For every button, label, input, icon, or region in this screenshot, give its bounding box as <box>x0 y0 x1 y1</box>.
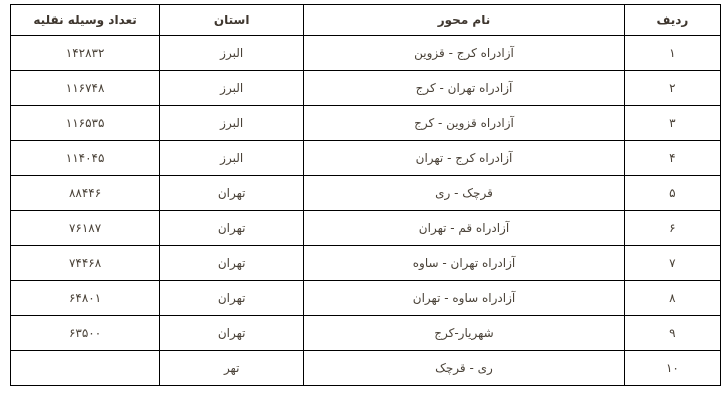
column-header-route: نام محور <box>304 5 625 36</box>
cell-radif: ۲ <box>624 71 720 106</box>
cell-count: ۱۱۶۵۳۵ <box>11 106 160 141</box>
page: ردیف نام محور استان تعداد وسیله نقلیه ۱ … <box>0 0 721 394</box>
cell-route: آزادراه کرج - تهران <box>304 141 625 176</box>
table-row: ۸ آزادراه ساوه - تهران تهران ۶۴۸۰۱ <box>11 281 721 316</box>
cell-count: ۸۸۴۴۶ <box>11 176 160 211</box>
cell-route: شهریار-کرج <box>304 316 625 351</box>
cell-count <box>11 351 160 386</box>
cell-route: ری - قرچک <box>304 351 625 386</box>
cell-province: البرز <box>160 106 304 141</box>
cell-radif: ۷ <box>624 246 720 281</box>
table-row: ۳ آزادراه قزوین - کرج البرز ۱۱۶۵۳۵ <box>11 106 721 141</box>
cell-count: ۶۴۸۰۱ <box>11 281 160 316</box>
cell-count: ۱۴۲۸۳۲ <box>11 36 160 71</box>
column-header-radif: ردیف <box>624 5 720 36</box>
cell-province: تهران <box>160 176 304 211</box>
cell-route: آزادراه قزوین - کرج <box>304 106 625 141</box>
cell-radif: ۵ <box>624 176 720 211</box>
table-row: ۷ آزادراه تهران - ساوه تهران ۷۴۴۶۸ <box>11 246 721 281</box>
cell-radif: ۸ <box>624 281 720 316</box>
cell-count: ۱۱۴۰۴۵ <box>11 141 160 176</box>
cell-province: البرز <box>160 36 304 71</box>
table-row: ۱ آزادراه کرج - قزوین البرز ۱۴۲۸۳۲ <box>11 36 721 71</box>
cell-radif: ۱۰ <box>624 351 720 386</box>
table-row: ۴ آزادراه کرج - تهران البرز ۱۱۴۰۴۵ <box>11 141 721 176</box>
cell-count: ۷۴۴۶۸ <box>11 246 160 281</box>
cell-route: آزادراه تهران - ساوه <box>304 246 625 281</box>
cell-province: تهران <box>160 316 304 351</box>
cell-route: قرچک - ری <box>304 176 625 211</box>
cell-route: آزادراه کرج - قزوین <box>304 36 625 71</box>
cell-radif: ۱ <box>624 36 720 71</box>
cell-radif: ۹ <box>624 316 720 351</box>
cell-province: البرز <box>160 71 304 106</box>
table-row: ۲ آزادراه تهران - کرج البرز ۱۱۶۷۴۸ <box>11 71 721 106</box>
cell-route: آزادراه ساوه - تهران <box>304 281 625 316</box>
cell-route: آزادراه تهران - کرج <box>304 71 625 106</box>
column-header-province: استان <box>160 5 304 36</box>
cell-province: البرز <box>160 141 304 176</box>
column-header-count: تعداد وسیله نقلیه <box>11 5 160 36</box>
table-row: ۱۰ ری - قرچک تهر <box>11 351 721 386</box>
cell-province: تهران <box>160 211 304 246</box>
table-row: ۹ شهریار-کرج تهران ۶۳۵۰۰ <box>11 316 721 351</box>
cell-province: تهران <box>160 246 304 281</box>
cell-count: ۶۳۵۰۰ <box>11 316 160 351</box>
cell-route: آزادراه قم - تهران <box>304 211 625 246</box>
header-row: ردیف نام محور استان تعداد وسیله نقلیه <box>11 5 721 36</box>
table-row: ۵ قرچک - ری تهران ۸۸۴۴۶ <box>11 176 721 211</box>
cell-province: تهران <box>160 281 304 316</box>
cell-radif: ۴ <box>624 141 720 176</box>
cell-count: ۱۱۶۷۴۸ <box>11 71 160 106</box>
table-row: ۶ آزادراه قم - تهران تهران ۷۶۱۸۷ <box>11 211 721 246</box>
cell-count: ۷۶۱۸۷ <box>11 211 160 246</box>
traffic-count-table: ردیف نام محور استان تعداد وسیله نقلیه ۱ … <box>10 4 721 386</box>
cell-radif: ۶ <box>624 211 720 246</box>
cell-radif: ۳ <box>624 106 720 141</box>
cell-province: تهر <box>160 351 304 386</box>
